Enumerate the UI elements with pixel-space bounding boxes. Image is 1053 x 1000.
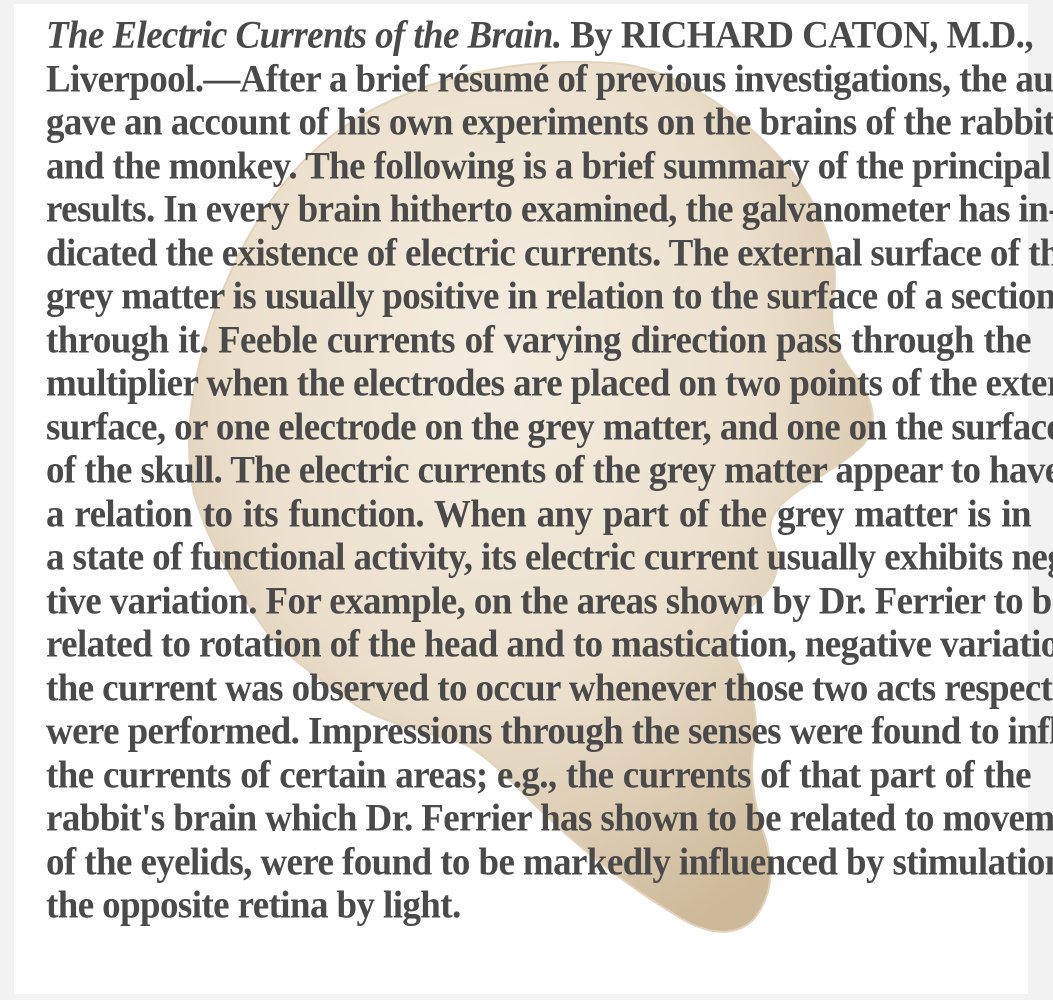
article-text: The Electric Currents of the Brain. By R… [46, 14, 1031, 928]
text-line: of the skull. The electric currents of t… [46, 448, 1031, 494]
text-line: the opposite retina by light. [46, 883, 1031, 929]
text-line: a state of functional activity, its elec… [46, 535, 1031, 581]
text-line: related to rotation of the head and to m… [46, 622, 1031, 668]
text-line: gave an account of his own experiments o… [46, 100, 1031, 146]
text-line: were performed. Impressions through the … [46, 709, 1031, 755]
text-line: dicated the existence of electric curren… [46, 230, 1031, 276]
text-line: the current was observed to occur whenev… [46, 665, 1031, 711]
text-line: tive variation. For example, on the area… [46, 578, 1031, 624]
text-line: multiplier when the electrodes are place… [46, 361, 1031, 407]
text-line: Liverpool.—After a brief résumé of previ… [46, 56, 1031, 102]
document-page: The Electric Currents of the Brain. By R… [14, 4, 1028, 994]
text-line: of the eyelids, were found to be markedl… [46, 839, 1031, 885]
text-line: rabbit's brain which Dr. Ferrier has sho… [46, 796, 1031, 842]
text-line: the currents of certain areas; e.g., the… [46, 752, 1031, 798]
text-line: grey matter is usually positive in relat… [46, 274, 1031, 320]
text-line: and the monkey. The following is a brief… [46, 143, 1031, 189]
text-line: through it. Feeble currents of varying d… [46, 317, 1031, 363]
text-line: surface, or one electrode on the grey ma… [46, 404, 1031, 450]
article-title: The Electric Currents of the Brain. [46, 14, 562, 57]
text-line: results. In every brain hitherto examine… [46, 187, 1031, 233]
article-author: By RICHARD CATON, M.D., [570, 14, 1033, 57]
article-title-line: The Electric Currents of the Brain. By R… [46, 13, 1031, 59]
text-line: a relation to its function. When any par… [46, 491, 1031, 537]
